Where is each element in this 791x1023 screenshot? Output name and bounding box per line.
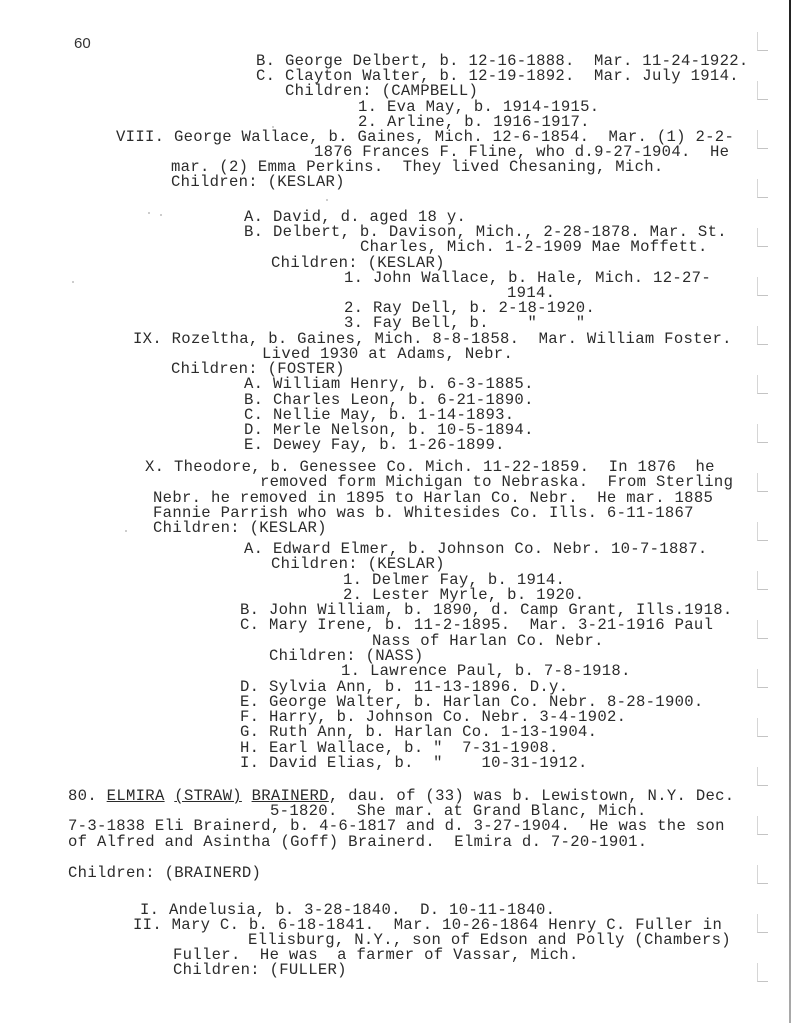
margin-mark <box>757 816 768 835</box>
speck <box>272 126 274 128</box>
margin-mark <box>757 130 768 149</box>
margin-mark <box>757 767 768 786</box>
text-line: 7-3-1838 Eli Brainerd, b. 4-6-1817 and d… <box>68 819 725 834</box>
margin-mark <box>757 228 768 247</box>
text-line: 3. Fay Bell, b. " " <box>344 316 585 331</box>
margin-mark <box>757 963 768 982</box>
text-line: Children: (KESLAR) <box>171 175 345 190</box>
text-line: C. Mary Irene, b. 11-2-1895. Mar. 3-21-1… <box>240 618 713 633</box>
margin-mark <box>757 914 768 933</box>
speck <box>326 199 328 201</box>
text-line: Children: (CAMPBELL) <box>285 84 478 99</box>
text-line: Children: (KESLAR) <box>153 521 327 536</box>
text-line: removed form Michigan to Nebraska. From … <box>260 475 733 490</box>
margin-mark <box>757 620 768 639</box>
margin-mark <box>757 571 768 590</box>
text-line: G. Ruth Ann, b. Harlan Co. 1-13-1904. <box>240 725 597 740</box>
margin-mark <box>757 865 768 884</box>
margin-mark <box>757 32 768 51</box>
text-line: 1. Lawrence Paul, b. 7-8-1918. <box>341 664 631 679</box>
speck <box>160 214 162 216</box>
entry-maiden-name: (STRAW) <box>174 787 242 805</box>
text-line: Children: (FULLER) <box>173 963 347 978</box>
margin-mark <box>757 522 768 541</box>
speck <box>148 212 150 214</box>
margin-mark <box>757 718 768 737</box>
margin-mark <box>757 277 768 296</box>
children-heading: Children: (BRAINERD) <box>68 866 261 881</box>
text-line: Children: (KESLAR) <box>271 557 445 572</box>
speck <box>125 530 127 532</box>
margin-mark <box>757 669 768 688</box>
text-line: of Alfred and Asintha (Goff) Brainerd. E… <box>68 835 647 850</box>
entry-first-name: ELMIRA <box>107 787 165 805</box>
margin-mark <box>757 81 768 100</box>
speck <box>72 281 74 283</box>
document-page: 60 B. George Delbert, b. 12-16-1888. Mar… <box>0 0 791 1023</box>
margin-mark <box>757 326 768 345</box>
margin-mark <box>757 473 768 492</box>
text-line: A. William Henry, b. 6-3-1885. <box>244 377 534 392</box>
text-line: E. Dewey Fay, b. 1-26-1899. <box>244 438 505 453</box>
text-line: I. David Elias, b. " 10-31-1912. <box>240 756 588 771</box>
margin-mark <box>757 179 768 198</box>
entry-number: 80. <box>68 787 97 805</box>
page-number: 60 <box>74 35 91 52</box>
text-line: Charles, Mich. 1-2-1909 Mae Moffett. <box>360 240 708 255</box>
margin-mark <box>757 424 768 443</box>
margin-mark <box>757 375 768 394</box>
